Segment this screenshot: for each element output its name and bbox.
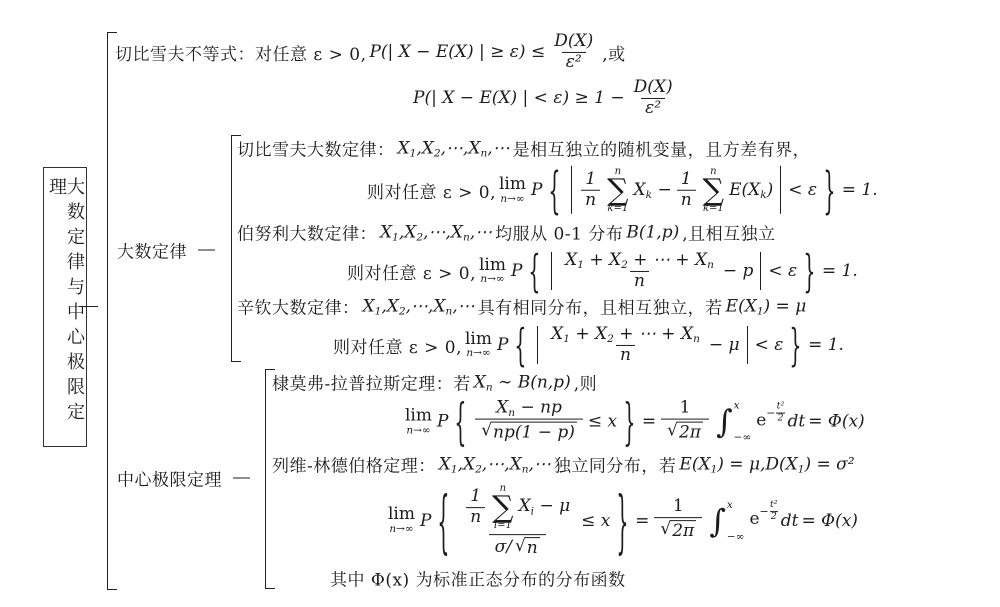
result: = 1. (842, 180, 878, 200)
lln-branch-label: 大数定律 (117, 238, 187, 263)
comparison: < ε (768, 261, 797, 281)
abs-bar (780, 166, 781, 214)
result: = 1. (822, 261, 858, 281)
radical: √ 2π (660, 520, 696, 542)
fraction-sum-n: X1 + X2 + ⋯ + Xn n (561, 251, 718, 291)
left-brace: { (438, 480, 450, 562)
sigma-symbol: ∑ (703, 177, 724, 203)
clt-footnote-text: 其中 Φ(x) 为标准正态分布的分布函数 (330, 566, 626, 591)
probability-symbol: P (511, 261, 522, 281)
integral-sign: ∫ (709, 505, 726, 537)
clt-connector-dash (233, 478, 250, 479)
lln-branch: 大数定律 (117, 238, 215, 263)
limit-operator: lim n→∞ (465, 331, 492, 360)
dt: dt (781, 511, 799, 531)
probability-symbol: P (420, 511, 431, 531)
lln-bernoulli-statement: 伯努利大数定律： X1,X2,⋯,Xn,⋯ 均服从 0-1 分布 B(1,p) … (237, 220, 776, 245)
exp-base: e (749, 510, 759, 530)
abs-bar (760, 252, 761, 290)
left-brace: { (529, 245, 541, 298)
summation-2: n ∑ k=1 (703, 166, 724, 215)
chebyshev-inequality-line1: 切比雪夫不等式：对任意 ε > 0, P(| X − E(X) | ≥ ε) ≤… (115, 32, 626, 72)
root-topic-label: 大数定律与中心极限定理 (46, 177, 85, 427)
limit-operator: lim n→∞ (499, 176, 526, 205)
chebyshev-inequality-title: 切比雪夫不等式：对任意 ε > 0, (115, 40, 366, 65)
root-connector-dash (79, 306, 98, 307)
radical: √ n (515, 537, 540, 559)
equals: = (642, 412, 656, 432)
clt-levy-cond: E(X1) = μ,D(X1) = σ² (679, 454, 854, 474)
clt-levy-sequence: X1,X2,⋯,Xn,⋯ (439, 454, 551, 474)
clt-demoivre-formula: lim n→∞ P { Xn − np √ np(1 − p) ≤ x } = … (405, 399, 865, 446)
dt: dt (788, 412, 806, 432)
probability-symbol: P (437, 412, 448, 432)
den-lead: σ/ (495, 538, 512, 558)
clt-levy-desc: 独立同分布，若 (554, 452, 677, 477)
knowledge-tree: 大数定律与中心极限定理 切比雪夫不等式：对任意 ε > 0, P(| X − E… (0, 0, 1000, 607)
lln-connector-dash (198, 250, 215, 251)
num-tail: Xi − μ (519, 498, 571, 518)
chebyshev-inequality-or: ,或 (602, 40, 625, 65)
integral-sign: ∫ (716, 406, 733, 438)
clt-branch-label: 中心极限定理 (117, 466, 222, 491)
clt-footnote: 其中 Φ(x) 为标准正态分布的分布函数 (330, 566, 626, 591)
right-brace: } (823, 160, 835, 220)
exp-term: e−t²2 (749, 510, 777, 533)
lim-subscript: n→∞ (500, 193, 524, 204)
integral: ∫ x −∞ (709, 499, 744, 543)
equals: = (635, 511, 649, 531)
then-clause: 则对任意 ε > 0, (367, 178, 496, 203)
integral: ∫ x −∞ (716, 400, 751, 444)
radical: √ np(1 − p) (481, 421, 577, 443)
limit-operator: lim n→∞ (479, 257, 506, 286)
lln-khinchin-cond: E(X1) = μ (726, 296, 807, 316)
lim-word: lim (405, 408, 432, 426)
fraction-coefficient: 1 √ 2π (654, 498, 702, 545)
lim-word: lim (465, 331, 492, 349)
lln-bracket (231, 135, 241, 362)
chebyshev-inequality-line2: P(| X − E(X) | < ε) ≥ 1 − D(X) ε² (413, 78, 679, 118)
term-minus-p: − p (723, 261, 754, 281)
lln-bernoulli-desc: 均服从 0-1 分布 (495, 220, 623, 245)
lln-chebyshev-title: 切比雪夫大数定律： (237, 136, 395, 161)
comparison: < ε (755, 335, 784, 355)
comparison: ≤ x (581, 511, 610, 531)
summation: n ∑ k=1 (607, 166, 628, 215)
clt-levy-title: 列维-林德伯格定理： (272, 452, 436, 477)
clt-levy-statement: 列维-林德伯格定理： X1,X2,⋯,Xn,⋯ 独立同分布，若 E(X1) = … (272, 452, 855, 477)
lln-chebyshev-formula: 则对任意 ε > 0, lim n→∞ P { 1 n n ∑ k=1 Xk −… (367, 166, 878, 215)
abs-bar (537, 326, 538, 364)
clt-demoivre-title: 棣莫弗-拉普拉斯定理：若 (272, 370, 471, 395)
clt-bracket (265, 369, 275, 589)
result: = 1. (808, 335, 844, 355)
lln-bernoulli-sequence: X1,X2,⋯,Xn,⋯ (380, 222, 492, 242)
left-brace: { (549, 160, 561, 220)
lln-khinchin-desc: 具有相同分布，且相互独立，若 (478, 294, 723, 319)
lln-bernoulli-formula: 则对任意 ε > 0, lim n→∞ P { X1 + X2 + ⋯ + Xn… (347, 251, 858, 291)
chebyshev-inequality-expr2: P(| X − E(X) | < ε) ≥ 1 − (413, 88, 625, 108)
then-clause: 则对任意 ε > 0, (333, 333, 462, 358)
lln-chebyshev-sequence: X1,X2,⋯,Xn,⋯ (398, 138, 510, 158)
abs-bar (551, 252, 552, 290)
comparison: < ε (788, 180, 817, 200)
lln-chebyshev-desc: 是相互独立的随机变量，且方差有界， (513, 136, 811, 161)
fraction-1-n: 1 n (581, 170, 600, 210)
fraction-1-n-2: 1 n (677, 170, 696, 210)
lim-word: lim (388, 507, 415, 525)
sigma-symbol: ∑ (607, 177, 628, 203)
sigma-symbol: ∑ (492, 495, 513, 521)
abs-bar (571, 166, 572, 214)
clt-demoivre-statement: 棣莫弗-拉普拉斯定理：若 Xn ∼ B(n,p) ,则 (272, 370, 597, 395)
integral-lower: −∞ (727, 531, 745, 543)
result: = Φ(x) (808, 412, 864, 432)
lln-bernoulli-title: 伯努利大数定律： (237, 220, 377, 245)
probability-symbol: P (531, 180, 542, 200)
limit-operator: lim n→∞ (388, 507, 415, 536)
fraction-standardized: Xn − np √ np(1 − p) (475, 399, 583, 446)
comparison: ≤ x (588, 412, 617, 432)
lim-subscript: n→∞ (466, 348, 490, 359)
fraction-1-n: 1 n (466, 487, 485, 527)
term-exk: E(Xk) (729, 180, 773, 200)
right-brace: } (623, 392, 635, 452)
lim-subscript: n→∞ (480, 274, 504, 285)
abs-bar (747, 326, 748, 364)
outer-bracket (107, 32, 117, 590)
lim-subscript: n→∞ (389, 524, 413, 535)
lim-word: lim (499, 176, 526, 194)
chebyshev-inequality-expr1: P(| X − E(X) | ≥ ε) ≤ (369, 42, 545, 62)
lim-subscript: n→∞ (406, 425, 430, 436)
lln-khinchin-sequence: X1,X2,⋯,Xn,⋯ (363, 296, 475, 316)
probability-symbol: P (497, 335, 508, 355)
root-topic-box: 大数定律与中心极限定理 (43, 167, 87, 447)
lln-bernoulli-desc2: ,且相互独立 (682, 220, 775, 245)
left-brace: { (515, 319, 527, 372)
lln-chebyshev-statement: 切比雪夫大数定律： X1,X2,⋯,Xn,⋯ 是相互独立的随机变量，且方差有界， (237, 136, 810, 161)
lln-khinchin-title: 辛钦大数定律： (237, 294, 360, 319)
fraction-dx-eps: D(X) ε² (550, 32, 597, 72)
lln-bernoulli-dist: B(1,p) (626, 222, 679, 242)
left-brace: { (455, 392, 467, 452)
integral-upper: x (734, 400, 752, 412)
integral-upper: x (727, 499, 745, 511)
fraction-coefficient: 1 √ 2π (661, 399, 709, 446)
lln-khinchin-formula: 则对任意 ε > 0, lim n→∞ P { X1 + X2 + ⋯ + Xn… (333, 325, 844, 365)
exp-base: e (756, 411, 766, 431)
clt-demoivre-tail: ,则 (574, 370, 597, 395)
right-brace: } (803, 245, 815, 298)
term-xk: Xk − (634, 180, 672, 200)
right-brace: } (790, 319, 802, 372)
clt-branch: 中心极限定理 (117, 466, 250, 491)
right-brace: } (617, 480, 629, 562)
fraction-sum-n: X1 + X2 + ⋯ + Xn n (547, 325, 704, 365)
exp-term: e−t²2 (756, 411, 784, 434)
lim-word: lim (479, 257, 506, 275)
radical: √ 2π (667, 421, 703, 443)
then-clause: 则对任意 ε > 0, (347, 259, 476, 284)
term-minus-mu: − μ (709, 335, 740, 355)
clt-demoivre-cond: Xn ∼ B(n,p) (474, 372, 571, 392)
result: = Φ(x) (802, 511, 858, 531)
fraction-standardized-mean: 1 n n ∑ i=1 Xi − μ σ/ √ n (458, 481, 576, 561)
limit-operator: lim n→∞ (405, 408, 432, 437)
summation: n ∑ i=1 (492, 483, 513, 532)
lln-khinchin-statement: 辛钦大数定律： X1,X2,⋯,Xn,⋯ 具有相同分布，且相互独立，若 E(X1… (237, 294, 806, 319)
clt-levy-formula: lim n→∞ P { 1 n n ∑ i=1 Xi − μ σ/ (388, 481, 858, 561)
integral-lower: −∞ (734, 432, 752, 444)
fraction-dx-eps2: D(X) ε² (630, 78, 677, 118)
